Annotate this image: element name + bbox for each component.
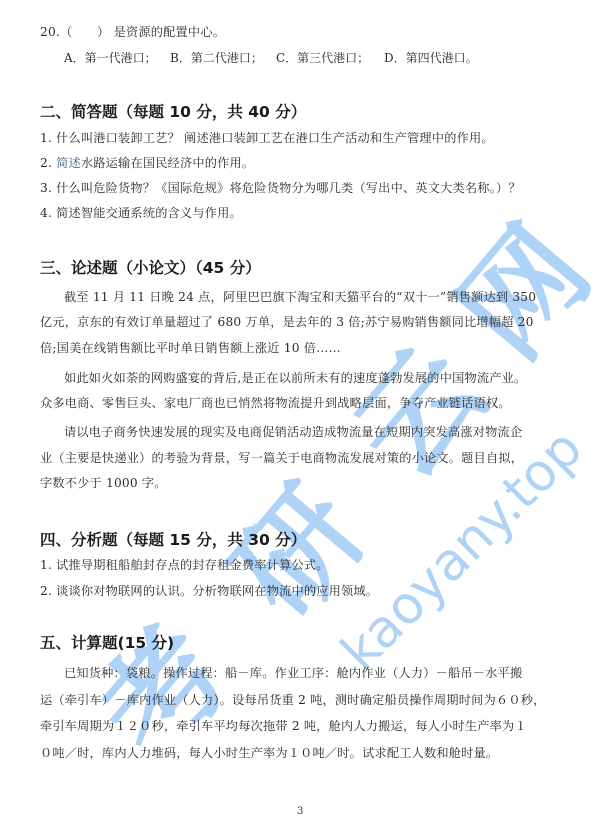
essay-line-5: 众多电商、零售巨头、家电厂商也已悄然将物流提升到战略层面，争夺产业链话语权。 <box>40 395 511 411</box>
item-text-highlight: 简述 <box>56 156 81 170</box>
item-text: 什么叫危险货物？《国际危规》将危险货物分为哪几类（写出中、英文大类名称。）？ <box>56 181 521 195</box>
section-5-heading: 五、计算题(15 分) <box>40 633 174 653</box>
option-c: C．第三代港口； <box>276 50 384 66</box>
question-20-options: A．第一代港口；B．第二代港口；C．第三代港口；D．第四代港口。 <box>64 50 478 66</box>
section-2-item-2: 2. 简述水路运输在国民经济中的作用。 <box>40 155 254 171</box>
document-page: 考 研 云 网 kaoyany.top 20.（ ） 是资源的配置中心。 A．第… <box>0 0 606 830</box>
essay-line-2: 亿元，京东的有效订单量超过了 680 万单，是去年的 3 倍;苏宁易购销售额同比… <box>40 314 534 330</box>
item-text: 水路运输在国民经济中的作用。 <box>81 156 254 170</box>
watermark-char-3: 云 <box>335 328 504 497</box>
essay-line-8: 字数不少于 1000 字。 <box>40 475 167 491</box>
essay-line-3: 倍;国美在线销售额比平时单日销售额上涨近 10 倍…… <box>40 340 341 356</box>
calc-line-3: 牵引车周期为１２０秒，牵引车平均每次拖带 2 吨，舱内人力搬运，每人小时生产率为… <box>40 718 527 734</box>
option-a: A．第一代港口； <box>64 50 170 66</box>
item-number: 1. <box>40 131 52 145</box>
item-number: 1. <box>40 558 52 572</box>
essay-line-7: 业（主要是快递业）的考验为背景，写一篇关于电商物流发展对策的小论文。题目自拟， <box>40 450 523 466</box>
option-d: D．第四代港口。 <box>384 50 478 66</box>
section-4-item-1: 1. 试推导期租船舶封存点的封存租金费率计算公式。 <box>40 557 329 573</box>
item-text: 什么叫港口装卸工艺？ 阐述港口装卸工艺在港口生产活动和生产管理中的作用。 <box>56 131 494 145</box>
section-4-heading: 四、分析题（每题 15 分，共 30 分） <box>40 530 306 550</box>
option-b: B．第二代港口； <box>170 50 276 66</box>
essay-line-6: 请以电子商务快速发展的现实及电商促销活动造成物流量在短期内突发高涨对物流企 <box>64 424 522 440</box>
item-number: 2. <box>40 584 52 598</box>
item-text: 谈谈你对物联网的认识。分析物联网在物流中的应用领域。 <box>56 584 378 598</box>
item-text: 试推导期租船舶封存点的封存租金费率计算公式。 <box>56 558 329 572</box>
essay-line-1: 截至 11 月 11 日晚 24 点，阿里巴巴旗下淘宝和天猫平台的“双十一”销售… <box>64 289 536 305</box>
item-number: 4. <box>40 206 52 220</box>
section-2-item-4: 4. 简述智能交通系统的含义与作用。 <box>40 205 242 221</box>
section-4-item-2: 2. 谈谈你对物联网的认识。分析物联网在物流中的应用领域。 <box>40 583 378 599</box>
section-2-item-3: 3. 什么叫危险货物？《国际危规》将危险货物分为哪几类（写出中、英文大类名称。）… <box>40 180 521 196</box>
calc-line-1: 已知货种：袋粮。操作过程：船－库。作业工序：舱内作业（人力）－船吊－水平搬 <box>64 665 522 681</box>
section-2-item-1: 1. 什么叫港口装卸工艺？ 阐述港口装卸工艺在港口生产活动和生产管理中的作用。 <box>40 130 494 146</box>
essay-line-4: 如此如火如荼的网购盛宴的背后,是正在以前所未有的速度蓬勃发展的中国物流产业。 <box>64 370 526 386</box>
question-20-stem: 20.（ ） 是资源的配置中心。 <box>40 24 225 40</box>
calc-line-2: 运（牵引车）－库内作业（人力）。设每吊货重 2 吨，测时确定船员操作周期时间为６… <box>40 692 546 708</box>
watermark-char-2: 研 <box>215 468 384 637</box>
page-number: 3 <box>297 806 303 817</box>
item-number: 3. <box>40 181 52 195</box>
item-number: 2. <box>40 156 52 170</box>
item-text: 简述智能交通系统的含义与作用。 <box>56 206 242 220</box>
calc-line-4: ０吨／时，库内人力堆码，每人小时生产率为１０吨／时。试求配工人数和舱时量。 <box>40 745 498 761</box>
section-2-heading: 二、简答题（每题 10 分，共 40 分） <box>40 102 306 122</box>
section-3-heading: 三、论述题（小论文）（45 分） <box>40 258 261 278</box>
